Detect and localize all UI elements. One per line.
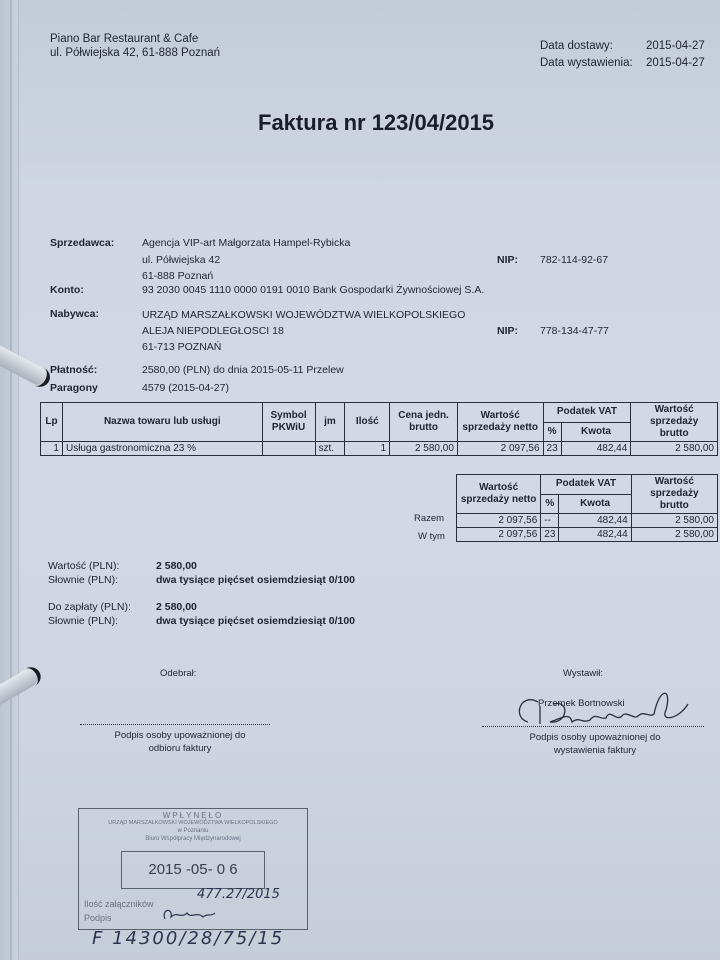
due-amount: 2 580,00 xyxy=(156,601,197,613)
received-stamp: WPŁYNĘŁO URZĄD MARSZAŁKOWSKI WOJEWÓDZTWA… xyxy=(78,808,308,930)
col-unit: jm xyxy=(315,403,345,442)
sum-gross: 2 580,00 xyxy=(631,528,717,542)
sum-net: 2 097,56 xyxy=(457,528,541,542)
cell-symbol xyxy=(262,442,315,456)
buyer-city: 61-713 POZNAŃ xyxy=(142,341,221,353)
sum-vat-pct: -- xyxy=(541,514,559,528)
due-words-label: Słownie (PLN): xyxy=(48,615,118,627)
issued-label: Wystawił: xyxy=(563,668,603,679)
value-label: Wartość (PLN): xyxy=(48,560,119,572)
table-row: 1 Usługa gastronomiczna 23 % szt. 1 2 58… xyxy=(41,442,718,456)
cell-lp: 1 xyxy=(41,442,63,456)
handwritten-reference: F 14300/28/75/15 xyxy=(92,928,284,949)
sum-col-vat: Podatek VAT xyxy=(541,475,631,495)
received-caption-2: odbioru faktury xyxy=(0,743,360,754)
seller-city: 61-888 Poznań xyxy=(142,270,213,282)
sum-net: 2 097,56 xyxy=(457,514,541,528)
paper-edge-line xyxy=(10,0,12,960)
sum-col-vat-pct: % xyxy=(541,494,559,514)
col-gross: Wartość sprzedaży brutto xyxy=(631,403,718,442)
payment-label: Płatność: xyxy=(50,364,97,376)
col-name: Nazwa towaru lub usługi xyxy=(62,403,262,442)
cell-net: 2 097,56 xyxy=(457,442,543,456)
seller-nip-label: NIP: xyxy=(497,254,518,266)
buyer-nip-label: NIP: xyxy=(497,325,518,337)
sum-vat-pct: 23 xyxy=(541,528,559,542)
received-label: Odebrał: xyxy=(160,668,196,679)
issuer-signature xyxy=(510,682,710,728)
cell-vat-amount: 482,44 xyxy=(561,442,631,456)
stamp-date: 2015 -05- 0 6 xyxy=(122,861,264,878)
issued-caption-2: wystawienia faktury xyxy=(470,745,720,756)
stamp-line-2: URZĄD MARSZAŁKOWSKI WOJEWÓDZTWA WIELKOPO… xyxy=(79,820,307,826)
issue-date-label: Data wystawienia: xyxy=(540,57,633,69)
summary-label-of-which: W tym xyxy=(418,531,445,542)
summary-label-total: Razem xyxy=(414,513,444,524)
delivery-date: 2015-04-27 xyxy=(646,40,705,52)
seller-label: Sprzedawca: xyxy=(50,237,114,249)
seller-name: Agencja VIP-art Małgorzata Hampel-Rybick… xyxy=(142,237,350,249)
value-words-label: Słownie (PLN): xyxy=(48,574,118,586)
payment-value: 2580,00 (PLN) do dnia 2015-05-11 Przelew xyxy=(142,364,344,376)
issue-date: 2015-04-27 xyxy=(646,57,705,69)
sum-col-gross: Wartość sprzedaży brutto xyxy=(631,475,717,514)
cell-gross: 2 580,00 xyxy=(631,442,718,456)
issued-caption-1: Podpis osoby upoważnionej do xyxy=(470,732,720,743)
stamp-date-box: 2015 -05- 0 6 xyxy=(121,851,265,889)
sum-gross: 2 580,00 xyxy=(631,514,717,528)
delivery-date-label: Data dostawy: xyxy=(540,40,613,52)
stamp-line-3: w Poznaniu xyxy=(79,828,307,834)
due-words: dwa tysiące pięćset osiemdziesiąt 0/100 xyxy=(156,615,355,627)
cell-qty: 1 xyxy=(345,442,390,456)
account-value: 93 2030 0045 1110 0000 0191 0010 Bank Go… xyxy=(142,284,484,296)
table-row: 2 097,56 23 482,44 2 580,00 xyxy=(457,528,718,542)
stamp-signature xyxy=(159,905,219,923)
sum-col-net: Wartość sprzedaży netto xyxy=(457,475,541,514)
col-vat-amount: Kwota xyxy=(561,422,631,442)
value-words: dwa tysiące pięćset osiemdziesiąt 0/100 xyxy=(156,574,355,586)
cell-unit: szt. xyxy=(315,442,345,456)
invoice-title: Faktura nr 123/04/2015 xyxy=(258,110,494,136)
buyer-name: URZĄD MARSZAŁKOWSKI WOJEWÓDZTWA WIELKOPO… xyxy=(142,309,465,321)
stamp-attachments-handwritten: 477.27/2015 xyxy=(197,887,280,902)
cell-vat-pct: 23 xyxy=(543,442,561,456)
due-label: Do zapłaty (PLN): xyxy=(48,601,131,613)
received-signature-line xyxy=(80,724,270,725)
stamp-line-4: Biuro Współpracy Międzynarodowej xyxy=(79,836,307,842)
items-table: Lp Nazwa towaru lub usługi Symbol PKWiU … xyxy=(40,402,718,456)
value-amount: 2 580,00 xyxy=(156,560,197,572)
seller-nip: 782-114-92-67 xyxy=(540,254,608,266)
summary-table: Wartość sprzedaży netto Podatek VAT Wart… xyxy=(456,474,718,542)
col-symbol: Symbol PKWiU xyxy=(262,403,315,442)
receipts-value: 4579 (2015-04-27) xyxy=(142,382,229,394)
col-vat-pct: % xyxy=(543,422,561,442)
col-net: Wartość sprzedaży netto xyxy=(457,403,543,442)
col-qty: Ilość xyxy=(345,403,390,442)
col-unit-price: Cena jedn. brutto xyxy=(390,403,458,442)
account-label: Konto: xyxy=(50,284,84,296)
table-row: 2 097,56 -- 482,44 2 580,00 xyxy=(457,514,718,528)
col-lp: Lp xyxy=(41,403,63,442)
cell-unit-price: 2 580,00 xyxy=(390,442,458,456)
stamp-line-1: WPŁYNĘŁO xyxy=(79,811,307,820)
stamp-attachments-label: Ilość załączników xyxy=(84,899,154,909)
buyer-label: Nabywca: xyxy=(50,308,99,320)
col-vat: Podatek VAT xyxy=(543,403,631,423)
buyer-nip: 778-134-47-77 xyxy=(540,325,609,337)
received-caption-1: Podpis osoby upoważnionej do xyxy=(0,730,360,741)
company-address: ul. Półwiejska 42, 61-888 Poznań xyxy=(50,47,220,59)
company-name: Piano Bar Restaurant & Cafe xyxy=(50,33,198,45)
sum-vat-amount: 482,44 xyxy=(559,528,631,542)
invoice-page: Piano Bar Restaurant & Cafe ul. Półwiejs… xyxy=(0,0,720,960)
buyer-street: ALEJA NIEPODLEGŁOSCI 18 xyxy=(142,325,284,337)
sum-vat-amount: 482,44 xyxy=(559,514,631,528)
receipts-label: Paragony xyxy=(50,382,98,394)
cell-name: Usługa gastronomiczna 23 % xyxy=(62,442,262,456)
sum-col-vat-amount: Kwota xyxy=(559,494,631,514)
issued-signature-line xyxy=(482,726,704,727)
stamp-signature-label: Podpis xyxy=(84,913,112,923)
seller-street: ul. Półwiejska 42 xyxy=(142,254,220,266)
